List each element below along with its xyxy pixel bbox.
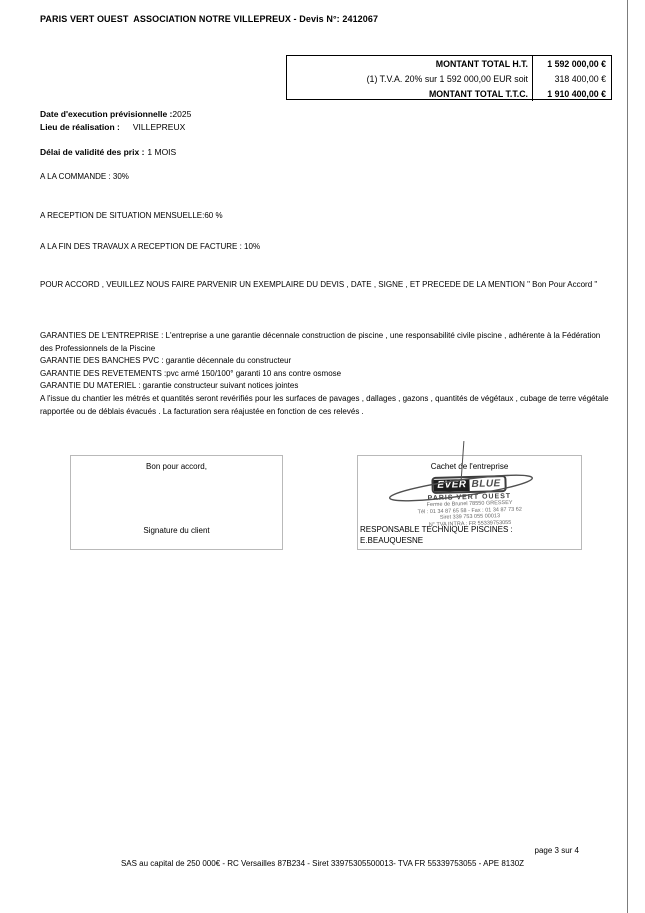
- document-title: PARIS VERT OUEST ASSOCIATION NOTRE VILLE…: [40, 14, 378, 24]
- responsable-block: RESPONSABLE TECHNIQUE PISCINES : E.BEAUQ…: [360, 525, 513, 546]
- location-row: Lieu de réalisation : VILLEPREUX: [40, 122, 185, 132]
- legal-footer: SAS au capital de 250 000€ - RC Versaill…: [0, 859, 645, 868]
- validity-row: Délai de validité des prix : 1 MOIS: [40, 147, 176, 157]
- tva-amount: 318 400,00 €: [532, 71, 611, 86]
- garantie-revetements: GARANTIE DES REVETEMENTS :pvc armé 150/1…: [40, 368, 612, 381]
- payment-term-commande: A LA COMMANDE : 30%: [40, 172, 129, 181]
- responsable-name: E.BEAUQUESNE: [360, 536, 513, 547]
- cachet-label: Cachet de l'entreprise: [358, 462, 581, 471]
- garantie-entreprise: GARANTIES DE L'ENTREPRISE : L'entreprise…: [40, 330, 612, 355]
- accord-note: POUR ACCORD , VEUILLEZ NOUS FAIRE PARVEN…: [40, 279, 608, 292]
- everblue-logo: EVERBLUE: [431, 475, 507, 494]
- garantie-materiel: GARANTIE DU MATERIEL : garantie construc…: [40, 380, 612, 393]
- logo-blue-text: BLUE: [469, 478, 505, 491]
- devis-page: PARIS VERT OUEST ASSOCIATION NOTRE VILLE…: [0, 0, 645, 913]
- total-ttc-label: MONTANT TOTAL T.T.C.: [287, 86, 532, 101]
- client-signature-box: Bon pour accord, Signature du client: [70, 455, 283, 550]
- tva-label: (1) T.V.A. 20% sur 1 592 000,00 EUR soit: [287, 71, 532, 86]
- everblue-stamp: EVERBLUE PARIS VERT OUEST Ferme de Brune…: [357, 473, 581, 530]
- payment-term-situation: A RECEPTION DE SITUATION MENSUELLE:60 %: [40, 211, 223, 220]
- bon-pour-accord-label: Bon pour accord,: [71, 462, 282, 471]
- signature-client-label: Signature du client: [71, 526, 282, 535]
- responsable-label: RESPONSABLE TECHNIQUE PISCINES :: [360, 525, 513, 536]
- company-stamp-box: Cachet de l'entreprise EVERBLUE PARIS VE…: [357, 455, 582, 550]
- total-ht-amount: 1 592 000,00 €: [532, 56, 611, 71]
- logo-ever-text: EVER: [433, 478, 470, 491]
- execution-date-value: 2025: [172, 109, 191, 119]
- total-ht-label: MONTANT TOTAL H.T.: [287, 56, 532, 71]
- execution-date-row: Date d'execution prévisionnelle :2025: [40, 109, 191, 119]
- execution-date-label: Date d'execution prévisionnelle :: [40, 109, 172, 119]
- payment-term-fin: A LA FIN DES TRAVAUX A RECEPTION DE FACT…: [40, 242, 260, 251]
- page-edge-line: [627, 0, 628, 913]
- totals-table: MONTANT TOTAL H.T. 1 592 000,00 € (1) T.…: [286, 55, 612, 100]
- total-ttc-amount: 1 910 400,00 €: [532, 86, 611, 101]
- validity-value: 1 MOIS: [147, 147, 176, 157]
- location-value: VILLEPREUX: [133, 122, 185, 132]
- location-label: Lieu de réalisation :: [40, 122, 120, 132]
- garanties-block: GARANTIES DE L'ENTREPRISE : L'entreprise…: [40, 330, 612, 418]
- page-number: page 3 sur 4: [535, 846, 579, 855]
- validity-label: Délai de validité des prix :: [40, 147, 144, 157]
- garantie-banches: GARANTIE DES BANCHES PVC : garantie déce…: [40, 355, 612, 368]
- metres-note: A l'issue du chantier les métrés et quan…: [40, 393, 612, 418]
